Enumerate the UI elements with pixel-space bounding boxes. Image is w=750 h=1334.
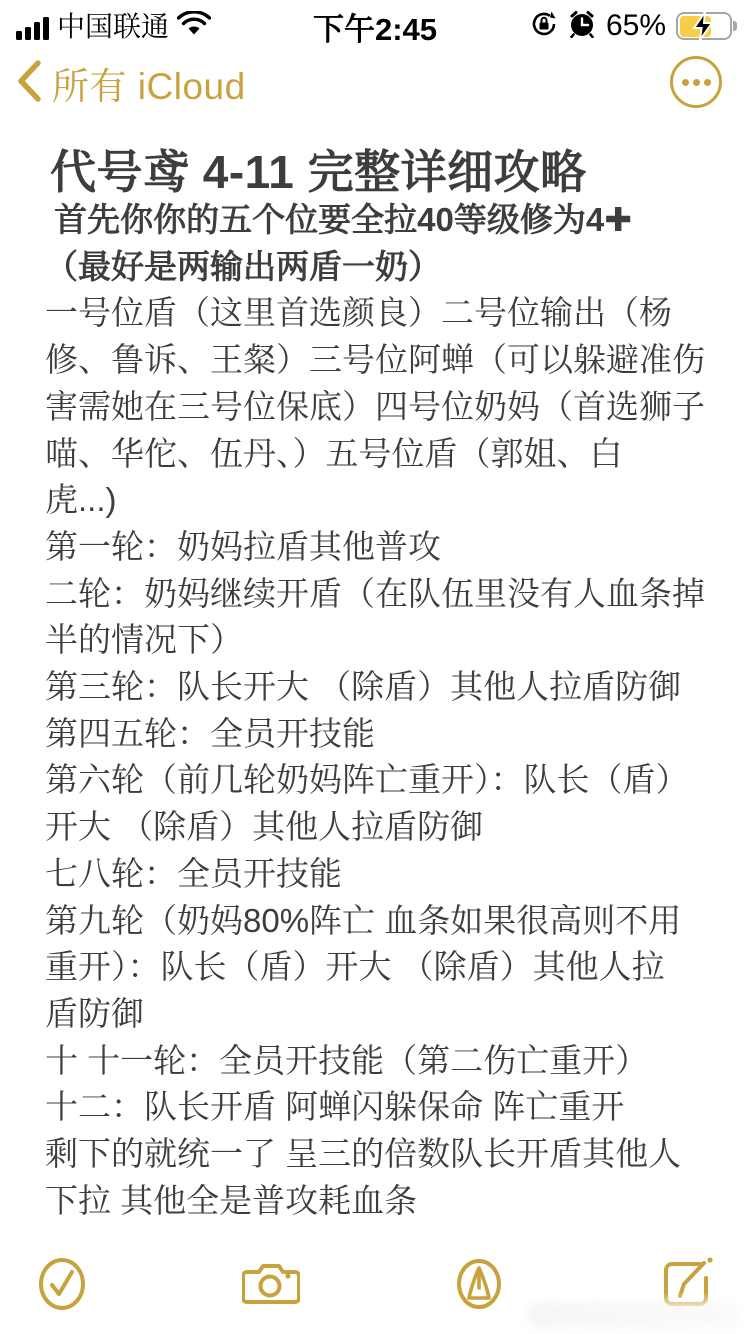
note-line: 一号位盾（这里首选颜良）二号位输出（杨 <box>45 290 720 337</box>
compose-button[interactable] <box>660 1256 716 1312</box>
note-line: 盾防御 <box>45 991 720 1038</box>
note-line: 第四五轮：全员开技能 <box>45 711 720 758</box>
note-line: 第六轮（前几轮奶妈阵亡重开）：队长（盾） <box>45 757 720 804</box>
markup-button[interactable] <box>451 1256 507 1312</box>
note-body[interactable]: 首先你你的五个位要全拉40等级修为4✚ （最好是两输出两盾一奶） 一号位盾（这里… <box>45 197 720 1224</box>
checklist-button[interactable] <box>34 1256 90 1312</box>
note-line: 虎...) <box>45 477 720 524</box>
compose-fade <box>656 1292 720 1318</box>
back-button[interactable]: 所有 iCloud <box>16 56 246 110</box>
note-line: 首先你你的五个位要全拉40等级修为4✚ <box>45 197 720 244</box>
notes-app-screen: 中国联通 下午2:45 <box>0 0 750 1334</box>
alarm-clock-icon <box>568 10 596 43</box>
note-line: （最好是两输出两盾一奶） <box>45 244 720 291</box>
note-line: 第九轮（奶妈80%阵亡 血条如果很高则不用 <box>45 898 720 945</box>
note-line: 二轮：奶妈继续开盾（在队伍里没有人血条掉 <box>45 571 720 618</box>
note-line: 半的情况下） <box>45 617 720 664</box>
camera-button[interactable] <box>243 1256 299 1312</box>
bottom-toolbar <box>0 1248 750 1334</box>
battery-charging-icon <box>676 12 732 40</box>
status-bar: 中国联通 下午2:45 <box>0 0 750 46</box>
note-line: 喵、华佗、伍丹、）五号位盾（郭姐、白 <box>45 431 720 478</box>
checkmark-circle-icon <box>38 1257 86 1311</box>
note-line: 重开）：队长（盾）开大 （除盾）其他人拉 <box>45 944 720 991</box>
chevron-left-icon <box>16 59 42 108</box>
note-line: 剩下的就统一了 呈三的倍数队长开盾其他人 <box>45 1131 720 1178</box>
rotation-lock-icon <box>530 10 558 43</box>
camera-icon <box>242 1263 300 1305</box>
status-left: 中国联通 <box>16 11 211 42</box>
more-options-button[interactable] <box>670 56 722 108</box>
note-line: 十 十一轮：全员开技能（第二伤亡重开） <box>45 1038 720 1085</box>
note-line: 下拉 其他全是普攻耗血条 <box>45 1178 720 1225</box>
note-line: 十二：队长开盾 阿蝉闪躲保命 阵亡重开 <box>45 1084 720 1131</box>
wifi-icon <box>177 11 211 42</box>
nav-bar: 所有 iCloud <box>0 52 750 114</box>
carrier-label: 中国联通 <box>57 12 169 42</box>
note-title: 代号鸢 4-11 完整详细攻略 <box>50 136 720 202</box>
back-button-label: 所有 iCloud <box>52 56 246 110</box>
note-line: 第一轮：奶妈拉盾其他普攻 <box>45 524 720 571</box>
note-line: 害需她在三号位保底）四号位奶妈（首选狮子 <box>45 384 720 431</box>
note-line: 开大 （除盾）其他人拉盾防御 <box>45 804 720 851</box>
status-right: 65% <box>530 9 732 43</box>
pen-in-circle-icon <box>455 1258 503 1310</box>
note-line: 七八轮：全员开技能 <box>45 851 720 898</box>
note-line: 修、鲁诉、王粲）三号位阿蝉（可以躲避准伤 <box>45 337 720 384</box>
battery-percent-label: 65% <box>606 9 666 43</box>
ellipsis-icon <box>682 79 689 86</box>
note-line: 第三轮：队长开大 （除盾）其他人拉盾防御 <box>45 664 720 711</box>
cellular-signal-icon <box>16 18 49 42</box>
